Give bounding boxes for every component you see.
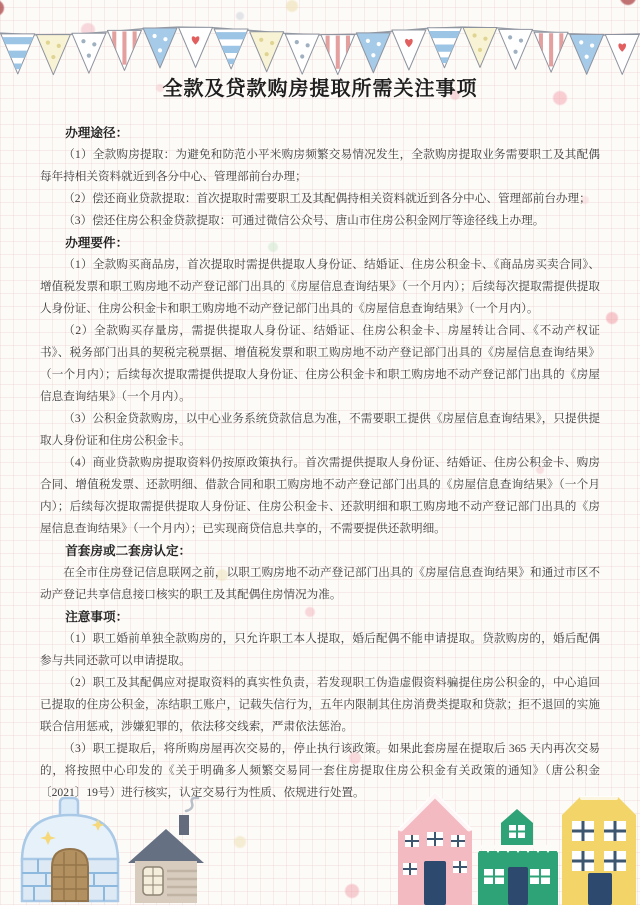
- flag-dot-white: [72, 33, 106, 73]
- paragraph: （2）偿还商业贷款提取：首次提取时需要职工及其配偶持相关资料就近到各分中心、管理…: [40, 188, 600, 210]
- section-banli-yaojian: 办理要件： （1）全款购买商品房，首次提取时需提供提取人身份证、结婚证、住房公积…: [40, 232, 600, 540]
- paragraph: （2）全款购买存量房，需提供提取人身份证、结婚证、住房公积金卡、房屋转让合同、《…: [40, 320, 600, 408]
- yellow-house-illustration: [562, 797, 636, 905]
- pink-house-illustration: [398, 793, 472, 905]
- document-body: 办理途径： （1）全款购房提取：为避免和防范小平米购房频繁交易情况发生，全款购房…: [40, 122, 600, 804]
- flag-stripe-blue: [214, 29, 248, 69]
- section-heading: 办理途径：: [40, 122, 600, 144]
- paragraph: （1）全款购买商品房，首次提取时需提供提取人身份证、结婚证、住房公积金卡、《商品…: [40, 254, 600, 320]
- flag-dot-blue: [143, 28, 177, 68]
- section-banli-tujing: 办理途径： （1）全款购房提取：为避免和防范小平米购房频繁交易情况发生，全款购房…: [40, 122, 600, 232]
- flag-stripe-red: [321, 35, 355, 75]
- notice-document: 全款及贷款购房提取所需关注事项 办理途径： （1）全款购房提取：为避免和防范小平…: [0, 0, 640, 905]
- flag-dot-yellow: [463, 27, 497, 67]
- flag-stripe-blue: [1, 34, 35, 74]
- flag-heart: [392, 30, 426, 70]
- igloo-house-illustration: [22, 798, 118, 901]
- paragraph: （2）职工及其配偶应对提取资料的真实性负责，若发现职工伪造虚假资料骗提住房公积金…: [40, 672, 600, 738]
- paragraph: （1）职工婚前单独全款购房的，只允许职工本人提取，婚后配偶不能申请提取。贷款购房…: [40, 628, 600, 672]
- confetti-dot: [606, 312, 618, 324]
- flag-dot-blue: [570, 34, 604, 74]
- confetti-dot: [234, 836, 246, 848]
- page-title: 全款及贷款购房提取所需关注事项: [0, 72, 640, 101]
- paragraph: （1）全款购房提取：为避免和防范小平米购房频繁交易情况发生，全款购房提取业务需要…: [40, 144, 600, 188]
- flag-stripe-red: [107, 30, 141, 70]
- houses-right-decoration: [390, 787, 640, 905]
- section-heading: 注意事项：: [40, 606, 600, 628]
- confetti-dot: [0, 0, 4, 16]
- paragraph: 在全市住房登记信息联网之前，以职工购房地不动产登记部门出具的《房屋信息查询结果》…: [40, 562, 600, 606]
- paragraph: （3）偿还住房公积金贷款提取：可通过微信公众号、唐山市住房公积金网厅等途径线上办…: [40, 210, 600, 232]
- section-heading: 首套房或二套房认定：: [40, 540, 600, 562]
- green-house-illustration: [478, 809, 558, 905]
- flag-dot-yellow: [250, 32, 284, 72]
- flag-dot-white: [499, 29, 533, 69]
- section-shoutaofang-rending: 首套房或二套房认定： 在全市住房登记信息联网之前，以职工购房地不动产登记部门出具…: [40, 540, 600, 606]
- confetti-dot: [620, 0, 636, 5]
- section-zhuyi-shixiang: 注意事项： （1）职工婚前单独全款购房的，只允许职工本人提取，婚后配偶不能申请提…: [40, 606, 600, 804]
- houses-left-decoration: [8, 795, 223, 905]
- confetti-dot: [345, 884, 359, 898]
- flag-heart: [179, 27, 213, 67]
- beige-house-illustration: [128, 798, 204, 903]
- flag-dot-white: [285, 34, 319, 74]
- bunting-flags-decoration: [0, 16, 640, 80]
- flag-stripe-red: [534, 32, 568, 72]
- section-heading: 办理要件：: [40, 232, 600, 254]
- confetti-dot: [286, 0, 298, 12]
- paragraph: （4）商业贷款购房提取资料仍按原政策执行。首次需提供提取人身份证、结婚证、住房公…: [40, 452, 600, 540]
- flag-stripe-blue: [427, 28, 461, 68]
- flag-heart: [605, 34, 639, 74]
- flag-dot-blue: [356, 33, 390, 73]
- paragraph: （3）公积金贷款购房，以中心业务系统贷款信息为准，不需要职工提供《房屋信息查询结…: [40, 408, 600, 452]
- flag-dot-yellow: [36, 35, 70, 75]
